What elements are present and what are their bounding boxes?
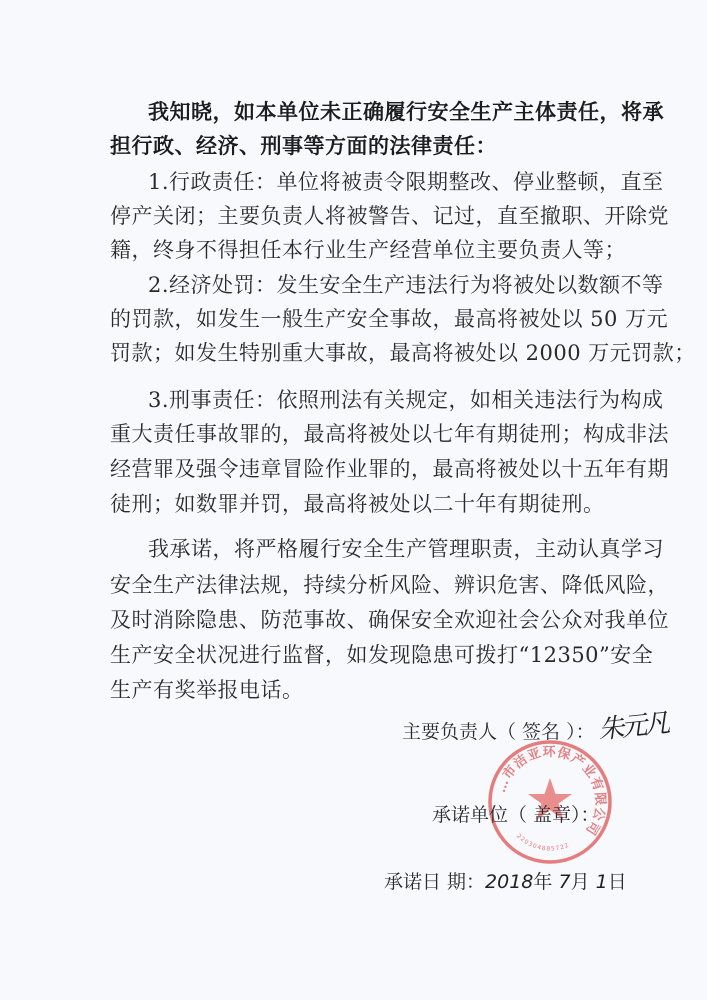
item-2-line-2: 的罚款，如发生一般生产安全事故，最高将被处以 50 万元 xyxy=(110,302,602,336)
item-3-line-2: 重大责任事故罪的，最高将被处以七年有期徒刑；构成非法 xyxy=(110,417,602,451)
item-1-line-3: 籍，终身不得担任本行业生产经营单位主要负责人等； xyxy=(110,233,602,267)
item-3-line-1: 3.刑事责任：依照刑法有关规定，如相关违法行为构成 xyxy=(148,383,602,417)
date-label: 承诺日 期： xyxy=(384,871,485,893)
commitment-line-5: 生产有奖举报电话。 xyxy=(110,673,602,707)
intro-line-1: 我知晓，如本单位未正确履行安全生产主体责任，将承 xyxy=(148,95,602,129)
item-1-line-2: 停产关闭；主要负责人将被警告、记过，直至撤职、开除党 xyxy=(110,199,602,233)
date-day-unit: 日 xyxy=(608,871,627,893)
principal-handwritten-signature: 朱元凡 xyxy=(596,702,669,746)
item-1-line-1: 1.行政责任：单位将被责令限期整改、停业整顿，直至 xyxy=(148,165,602,199)
date-year-unit: 年 xyxy=(533,871,552,893)
date-month: 7 xyxy=(558,871,570,893)
date-year: 2018 xyxy=(485,871,533,893)
svg-text:220304885722: 220304885722 xyxy=(515,833,571,853)
item-2-line-1: 2.经济处罚：发生安全生产违法行为将被处以数额不等 xyxy=(148,268,602,302)
principal-signature-label: 主要负责人（ 签名 ）： xyxy=(402,717,595,747)
commitment-line-2: 安全生产法律法规，持续分析风险、辨识危害、降低风险， xyxy=(110,568,602,602)
commitment-line-4: 生产安全状况进行监督，如发现隐患可拨打“12350”安全 xyxy=(110,638,602,672)
item-3-line-4: 徒刑；如数罪并罚，最高将被处以二十年有期徒刑。 xyxy=(110,487,602,521)
commitment-line-1: 我承诺，将严格履行安全生产管理职责，主动认真学习 xyxy=(148,532,602,566)
item-3-line-3: 经营罪及强令违章冒险作业罪的，最高将被处以十五年有期 xyxy=(110,452,602,486)
date-month-unit: 月 xyxy=(571,871,590,893)
item-2-line-3: 罚款；如发生特别重大事故，最高将被处以 2000 万元罚款； xyxy=(110,336,602,370)
unit-seal-label: 承诺单位（ 盖章）： xyxy=(432,800,600,830)
document-page: 我知晓，如本单位未正确履行安全生产主体责任，将承 担行政、经济、刑事等方面的法律… xyxy=(0,0,707,1000)
date-day: 1 xyxy=(596,871,608,893)
intro-line-2: 担行政、经济、刑事等方面的法律责任： xyxy=(110,129,602,163)
commitment-date: 承诺日 期：2018年 7月 1日 xyxy=(384,867,627,897)
commitment-line-3: 及时消除隐患、防范事故、确保安全欢迎社会公众对我单位 xyxy=(110,603,602,637)
